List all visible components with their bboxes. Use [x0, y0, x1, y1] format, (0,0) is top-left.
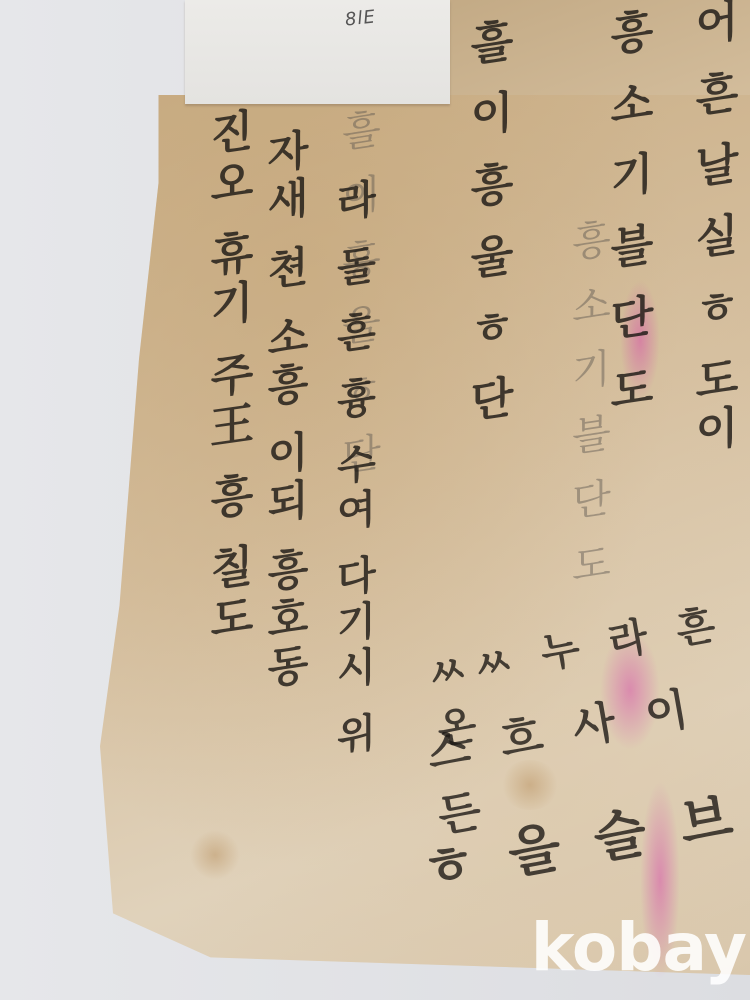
label-number: 8lE	[344, 6, 377, 30]
script-column-5: 흥 소 기 블 단 도	[595, 6, 659, 422]
stain	[190, 830, 240, 880]
script-column-3: 라 돌 흔 흉 수여 다기시 위	[325, 176, 382, 764]
script-column-4: 흘 이 흥 울 ㅎ 단	[455, 16, 519, 432]
catalog-label-sticker: 8lE	[185, 0, 450, 104]
script-column-2: 자새 쳔 소흥 이되 흥호동	[255, 126, 315, 697]
script-column-1: 진오 휴기 주王 흥 칠도	[195, 106, 259, 650]
script-column-6: 어 흔 날 실 ㅎ 도이	[680, 0, 744, 461]
kobay-watermark: kobay	[531, 909, 746, 986]
